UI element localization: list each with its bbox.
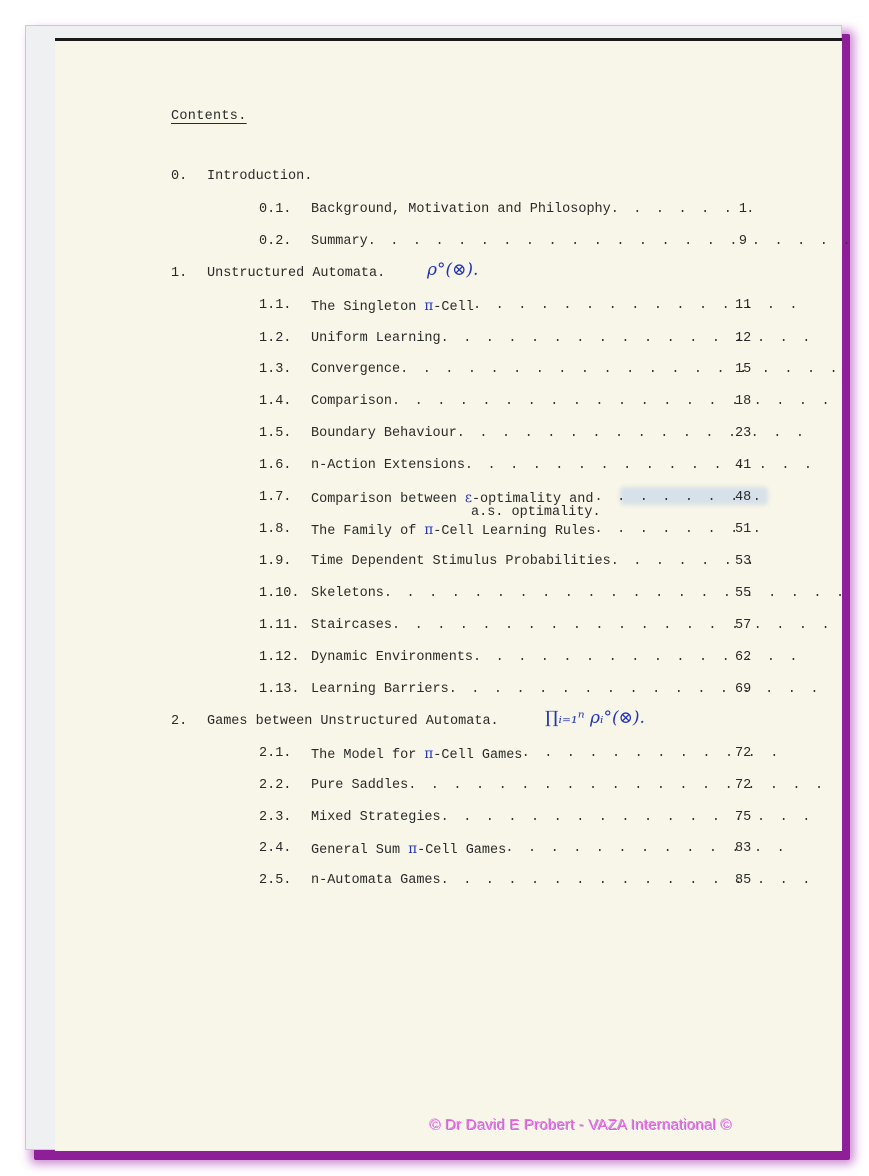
entry-page-number: 1 (735, 202, 747, 217)
entry-page-number: 18 (735, 394, 747, 409)
entry-title-text: -Cell Learning Rules (433, 524, 595, 539)
handwritten-symbol: π (424, 746, 433, 762)
entry-title: Summary (311, 234, 368, 249)
dot-leader: . . . . . . . . . . . . . . . . . . . . … (384, 586, 847, 601)
entry-number: 2.1. (259, 746, 291, 761)
entry-title: Dynamic Environments (311, 650, 473, 665)
entry-title-text: -Cell Games (433, 748, 522, 763)
entry-page-number: 62 (735, 650, 747, 665)
entry-title-text: Boundary Behaviour (311, 426, 457, 441)
dot-leader: . . . . . . . . . . . . . . . (473, 650, 801, 665)
dot-leader: . . . . . . . . . . . . . . . (473, 298, 801, 313)
entry-page-number: 41 (735, 458, 747, 473)
entry-title-continuation: a.s. optimality. (471, 505, 601, 520)
entry-title-text: n-Automata Games (311, 873, 441, 888)
entry-title-text: Mixed Strategies (311, 810, 441, 825)
entry-number: 1.9. (259, 554, 291, 569)
entry-page-number: 23 (735, 426, 747, 441)
entry-number: 0.2. (259, 234, 291, 249)
entry-title: Convergence (311, 362, 400, 377)
paper-page: Contents. 0.Introduction.0.1.Background,… (55, 38, 842, 1151)
entry-number: 1.10. (259, 586, 300, 601)
entry-title: Boundary Behaviour (311, 426, 457, 441)
handwritten-annotation: ρ°(⊗). (427, 260, 478, 280)
entry-title-text: Time Dependent Stimulus Probabilities (311, 554, 611, 569)
dot-leader: . . . . . . . . . . . . . . . . . . . . (400, 362, 841, 377)
entry-title: Pure Saddles (311, 778, 408, 793)
entry-title-text: Pure Saddles (311, 778, 408, 793)
handwritten-symbol: ε (465, 490, 472, 506)
dot-leader: . . . . . . . . . . . . . . . . . . . . … (368, 234, 854, 249)
entry-title-text: -Cell Games (417, 843, 506, 858)
entry-page-number: 75 (735, 810, 747, 825)
entry-title: The Model for π-Cell Games (311, 746, 522, 763)
entry-page-number: 83 (735, 841, 747, 856)
entry-number: 2.4. (259, 841, 291, 856)
handwritten-symbol: π (408, 841, 417, 857)
entry-page-number: 55 (735, 586, 747, 601)
handwritten-annotation: ∏ᵢ₌₁ⁿ ρᵢ°(⊗). (545, 708, 645, 728)
entry-page-number: 48 (735, 490, 747, 505)
section-title: Introduction. (207, 169, 312, 184)
entry-title-text: Convergence (311, 362, 400, 377)
entry-number: 1.11. (259, 618, 300, 633)
section-number: 2. (171, 714, 187, 729)
entry-title-text: Skeletons (311, 586, 384, 601)
contents-heading: Contents. (171, 109, 247, 124)
entry-page-number: 57 (735, 618, 747, 633)
dot-leader: . . . . . . . . . . . . . . . . . . . (408, 778, 826, 793)
entry-page-number: 12 (735, 331, 747, 346)
entry-page-number: 15 (735, 362, 747, 377)
entry-page-number: 72 (735, 746, 747, 761)
entry-number: 0.1. (259, 202, 291, 217)
entry-title: Time Dependent Stimulus Probabilities (311, 554, 611, 569)
entry-title: Uniform Learning (311, 331, 441, 346)
dot-leader: . . . . . . . . . . . . . . . . . . . . (392, 394, 833, 409)
entry-number: 2.2. (259, 778, 291, 793)
dot-leader: . . . . . . . . . . . . . . . . . . . . (392, 618, 833, 633)
entry-title: Background, Motivation and Philosophy (311, 202, 611, 217)
dot-leader: . . . . . . . . . . . . . . . . . (441, 331, 814, 346)
entry-title-text: The Family of (311, 524, 424, 539)
entry-title: Comparison (311, 394, 392, 409)
section-title: Unstructured Automata. (207, 266, 385, 281)
entry-title-text: Summary (311, 234, 368, 249)
dot-leader: . . . . . . . . . . . . . . . . . (441, 810, 814, 825)
entry-title-text: n-Action Extensions (311, 458, 465, 473)
entry-page-number: 85 (735, 873, 747, 888)
entry-title-text: The Model for (311, 748, 424, 763)
entry-number: 1.6. (259, 458, 291, 473)
entry-title-text: General Sum (311, 843, 408, 858)
section-number: 0. (171, 169, 187, 184)
entry-number: 1.1. (259, 298, 291, 313)
entry-title-text: Dynamic Environments (311, 650, 473, 665)
copyright-watermark: © Dr David E Probert - VAZA Internationa… (430, 1117, 732, 1134)
entry-number: 1.3. (259, 362, 291, 377)
entry-title-text: Comparison (311, 394, 392, 409)
entry-number: 1.8. (259, 522, 291, 537)
entry-number: 2.3. (259, 810, 291, 825)
entry-title: Learning Barriers (311, 682, 449, 697)
dot-leader: . . . . . . . . . . . . . . . . . (449, 682, 822, 697)
entry-title-text: Comparison between (311, 492, 465, 507)
entry-title: The Family of π-Cell Learning Rules (311, 522, 595, 539)
entry-number: 1.12. (259, 650, 300, 665)
dot-leader: . . . . . . . . . . . . . . . . (457, 426, 807, 441)
entry-page-number: 72 (735, 778, 747, 793)
entry-number: 2.5. (259, 873, 291, 888)
entry-title: Mixed Strategies (311, 810, 441, 825)
entry-number: 1.5. (259, 426, 291, 441)
entry-title-text: Uniform Learning (311, 331, 441, 346)
entry-page-number: 53 (735, 554, 747, 569)
section-title: Games between Unstructured Automata. (207, 714, 499, 729)
entry-title-text: Background, Motivation and Philosophy (311, 202, 611, 217)
entry-page-number: 9 (735, 234, 747, 249)
entry-title-text: Learning Barriers (311, 682, 449, 697)
entry-page-number: 11 (735, 298, 747, 313)
entry-title: n-Action Extensions (311, 458, 465, 473)
entry-page-number: 51 (735, 522, 747, 537)
entry-title-text: Staircases (311, 618, 392, 633)
entry-number: 1.2. (259, 331, 291, 346)
entry-title: The Singleton π-Cell (311, 298, 474, 315)
entry-number: 1.7. (259, 490, 291, 505)
entry-number: 1.13. (259, 682, 300, 697)
section-number: 1. (171, 266, 187, 281)
dot-leader: . . . . . . . . . . . . . . . . . (441, 873, 814, 888)
entry-title: General Sum π-Cell Games (311, 841, 506, 858)
entry-number: 1.4. (259, 394, 291, 409)
dot-leader: . . . . . . . . . . . . . . . . (465, 458, 815, 473)
entry-page-number: 69 (735, 682, 747, 697)
entry-title-text: The Singleton (311, 300, 424, 315)
handwritten-symbol: π (424, 298, 433, 314)
entry-title: n-Automata Games (311, 873, 441, 888)
entry-title: Staircases (311, 618, 392, 633)
entry-title: Skeletons (311, 586, 384, 601)
entry-title-text: -Cell (433, 300, 474, 315)
contents-document: Contents. 0.Introduction.0.1.Background,… (55, 41, 842, 1151)
handwritten-symbol: π (424, 522, 433, 538)
